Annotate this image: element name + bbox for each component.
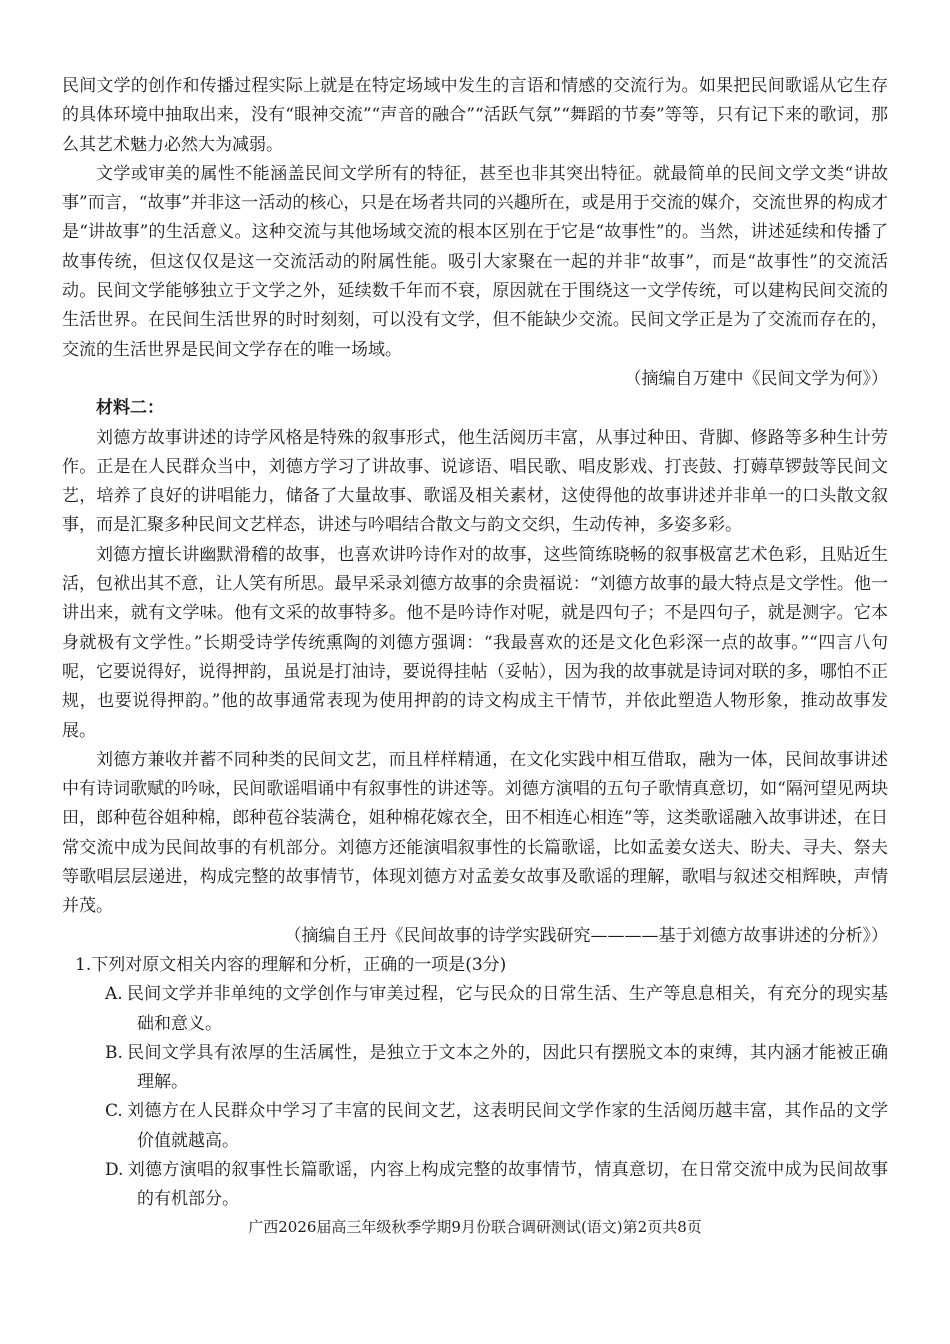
option-d-label: D. (105, 1160, 123, 1180)
material2-paragraph: 刘德方擅长讲幽默滑稽的故事，也喜欢讲吟诗作对的故事，这些简练晓畅的叙事极富艺术色… (62, 541, 888, 746)
material2-paragraph: 刘德方兼收并蓄不同种类的民间文艺，而且样样精通，在文化实践中相互借取，融为一体，… (62, 746, 888, 922)
material1-attribution: （摘编自万建中《民间文学为何》） (62, 365, 888, 394)
question1-option-c: C.刘德方在人民群众中学习了丰富的民间文艺，这表明民间文学作家的生活阅历越丰富，… (105, 1097, 888, 1156)
question1-number: 1. (75, 955, 91, 975)
material1-paragraph: 文学或审美的属性不能涵盖民间文学所有的特征，甚至也非其突出特征。就最简单的民间文… (62, 160, 888, 365)
material1-paragraph-continued: 民间文学的创作和传播过程实际上就是在特定场域中发生的言语和情感的交流行为。如果把… (62, 72, 888, 160)
option-d-text: 刘德方演唱的叙事性长篇歌谣，内容上构成完整的故事情节，情真意切，在日常交流中成为… (127, 1160, 888, 1209)
material2-attribution: （摘编自王丹《民间故事的诗学实践研究————基于刘德方故事讲述的分析》） (62, 922, 888, 951)
question1-stem-text: 下列对原文相关内容的理解和分析，正确的一项是(3分) (91, 955, 506, 975)
question1-stem: 1.下列对原文相关内容的理解和分析，正确的一项是(3分) (62, 951, 888, 980)
option-b-text: 民间文学具有浓厚的生活属性，是独立于文本之外的，因此只有摆脱文本的束缚，其内涵才… (127, 1043, 888, 1092)
option-c-label: C. (105, 1101, 123, 1121)
option-a-text: 民间文学并非单纯的文学创作与审美过程，它与民众的日常生活、生产等息息相关，有充分… (127, 984, 888, 1033)
question1-option-a: A.民间文学并非单纯的文学创作与审美过程，它与民众的日常生活、生产等息息相关，有… (105, 980, 888, 1039)
exam-page: 民间文学的创作和传播过程实际上就是在特定场域中发生的言语和情感的交流行为。如果把… (0, 0, 950, 1344)
question1-option-d: D.刘德方演唱的叙事性长篇歌谣，内容上构成完整的故事情节，情真意切，在日常交流中… (105, 1156, 888, 1215)
option-c-text: 刘德方在人民群众中学习了丰富的民间文艺，这表明民间文学作家的生活阅历越丰富，其作… (127, 1101, 888, 1150)
question1-option-b: B.民间文学具有浓厚的生活属性，是独立于文本之外的，因此只有摆脱文本的束缚，其内… (105, 1039, 888, 1098)
material2-label: 材料二： (62, 394, 888, 423)
option-a-label: A. (105, 984, 123, 1004)
page-footer: 广西2026届高三年级秋季学期9月份联合调研测试(语文)第2页共8页 (0, 1216, 950, 1238)
material2-paragraph: 刘德方故事讲述的诗学风格是特殊的叙事形式，他生活阅历丰富，从事过种田、背脚、修路… (62, 424, 888, 541)
page-content: 民间文学的创作和传播过程实际上就是在特定场域中发生的言语和情感的交流行为。如果把… (62, 72, 888, 1215)
option-b-label: B. (105, 1043, 123, 1063)
